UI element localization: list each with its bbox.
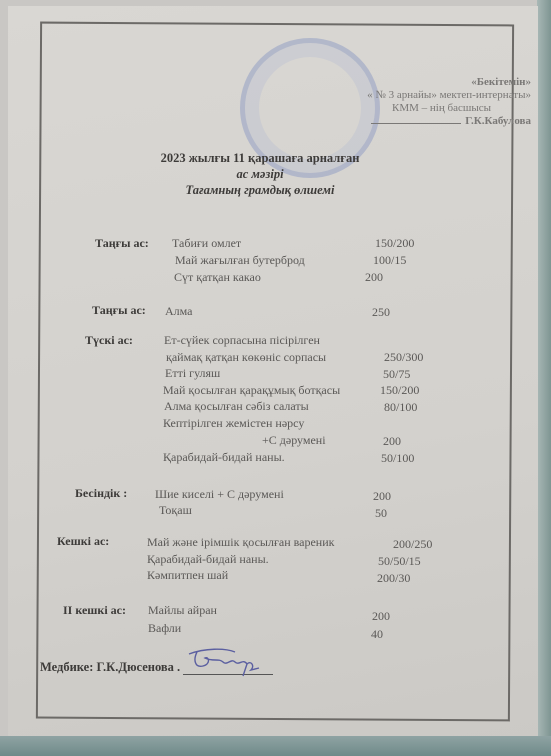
item-name: Қарабидай-бидай наны. bbox=[147, 552, 269, 567]
item-name: Алма қосылған сәбіз салаты bbox=[164, 399, 309, 414]
item-qty: 80/100 bbox=[384, 400, 417, 415]
item-qty: 200 bbox=[383, 434, 401, 449]
item-name: Май және ірімшік қосылған вареник bbox=[147, 535, 334, 550]
item-qty: 50/100 bbox=[381, 451, 414, 466]
background-edge bbox=[537, 0, 551, 756]
item-qty: 50/75 bbox=[383, 367, 410, 382]
approval-block: «Бекітемін» « № 3 арнайы» мектеп-интерна… bbox=[367, 76, 531, 128]
handwritten-signature bbox=[183, 656, 273, 675]
title-portions: Тағамның грамдық өлшемі bbox=[120, 182, 400, 198]
approval-school: « № 3 арнайы» мектеп-интернаты» bbox=[367, 89, 531, 102]
meal-label: Таңғы ас: bbox=[95, 236, 149, 251]
item-qty: 40 bbox=[371, 627, 383, 642]
item-name: қаймақ қатқан көкөніс сорпасы bbox=[166, 350, 326, 365]
item-qty: 200 bbox=[372, 609, 390, 624]
item-qty: 50 bbox=[375, 506, 387, 521]
title-date: 2023 жылғы 11 қарашаға арналған bbox=[120, 150, 400, 166]
item-qty: 250/300 bbox=[384, 350, 423, 365]
approval-role: КММ – нің басшысы bbox=[367, 102, 491, 115]
title-menu: ас мәзірі bbox=[120, 166, 400, 182]
nurse-label: Медбике: Г.К.Дюсенова . bbox=[40, 660, 180, 674]
background-table bbox=[0, 736, 551, 756]
item-name: Май жағылған бутерброд bbox=[175, 253, 305, 268]
item-name: Майлы айран bbox=[148, 603, 217, 618]
item-qty: 200/30 bbox=[377, 571, 410, 586]
approval-signer-name: Г.К.Кабулова bbox=[465, 115, 531, 127]
nurse-signature-line: Медбике: Г.К.Дюсенова . bbox=[40, 656, 273, 675]
item-qty: 200 bbox=[365, 270, 383, 285]
item-name: Етті гуляш bbox=[165, 366, 220, 381]
meal-label: Таңғы ас: bbox=[92, 303, 146, 318]
item-name: Сүт қатқан какао bbox=[174, 270, 261, 285]
item-name: Тоқаш bbox=[159, 503, 192, 518]
approval-heading: «Бекітемін» bbox=[367, 76, 531, 89]
item-qty: 200 bbox=[373, 489, 391, 504]
item-name: Вафли bbox=[148, 621, 181, 636]
item-qty: 200/250 bbox=[393, 537, 432, 552]
item-name: Кептірілген жемістен нәрсу bbox=[163, 416, 304, 431]
item-qty: 250 bbox=[372, 305, 390, 320]
item-qty: 50/50/15 bbox=[378, 554, 421, 569]
meal-label: Бесіндік : bbox=[75, 486, 127, 501]
document-title: 2023 жылғы 11 қарашаға арналған ас мәзір… bbox=[120, 150, 400, 198]
item-name: Шие киселі + С дәрумені bbox=[155, 487, 284, 502]
item-name: Ет-сүйек сорпасына пісірілген bbox=[164, 333, 320, 348]
item-qty: 100/15 bbox=[373, 253, 406, 268]
signature-icon bbox=[185, 646, 265, 678]
item-name: Кәмпитпен шай bbox=[147, 568, 228, 583]
item-name: +С дәрумені bbox=[262, 433, 326, 448]
item-name: Қарабидай-бидай наны. bbox=[163, 450, 285, 465]
item-name: Табиғи омлет bbox=[172, 236, 241, 251]
item-name: Алма bbox=[165, 304, 193, 319]
meal-label: Кешкі ас: bbox=[57, 534, 109, 549]
item-qty: 150/200 bbox=[380, 383, 419, 398]
item-name: Май қосылған қарақұмық ботқасы bbox=[163, 383, 340, 398]
signature-line bbox=[371, 123, 461, 124]
meal-label: Түскі ас: bbox=[85, 333, 133, 348]
item-qty: 150/200 bbox=[375, 236, 414, 251]
approval-signer: Г.К.Кабулова bbox=[367, 115, 531, 128]
meal-label: ІІ кешкі ас: bbox=[63, 603, 126, 618]
